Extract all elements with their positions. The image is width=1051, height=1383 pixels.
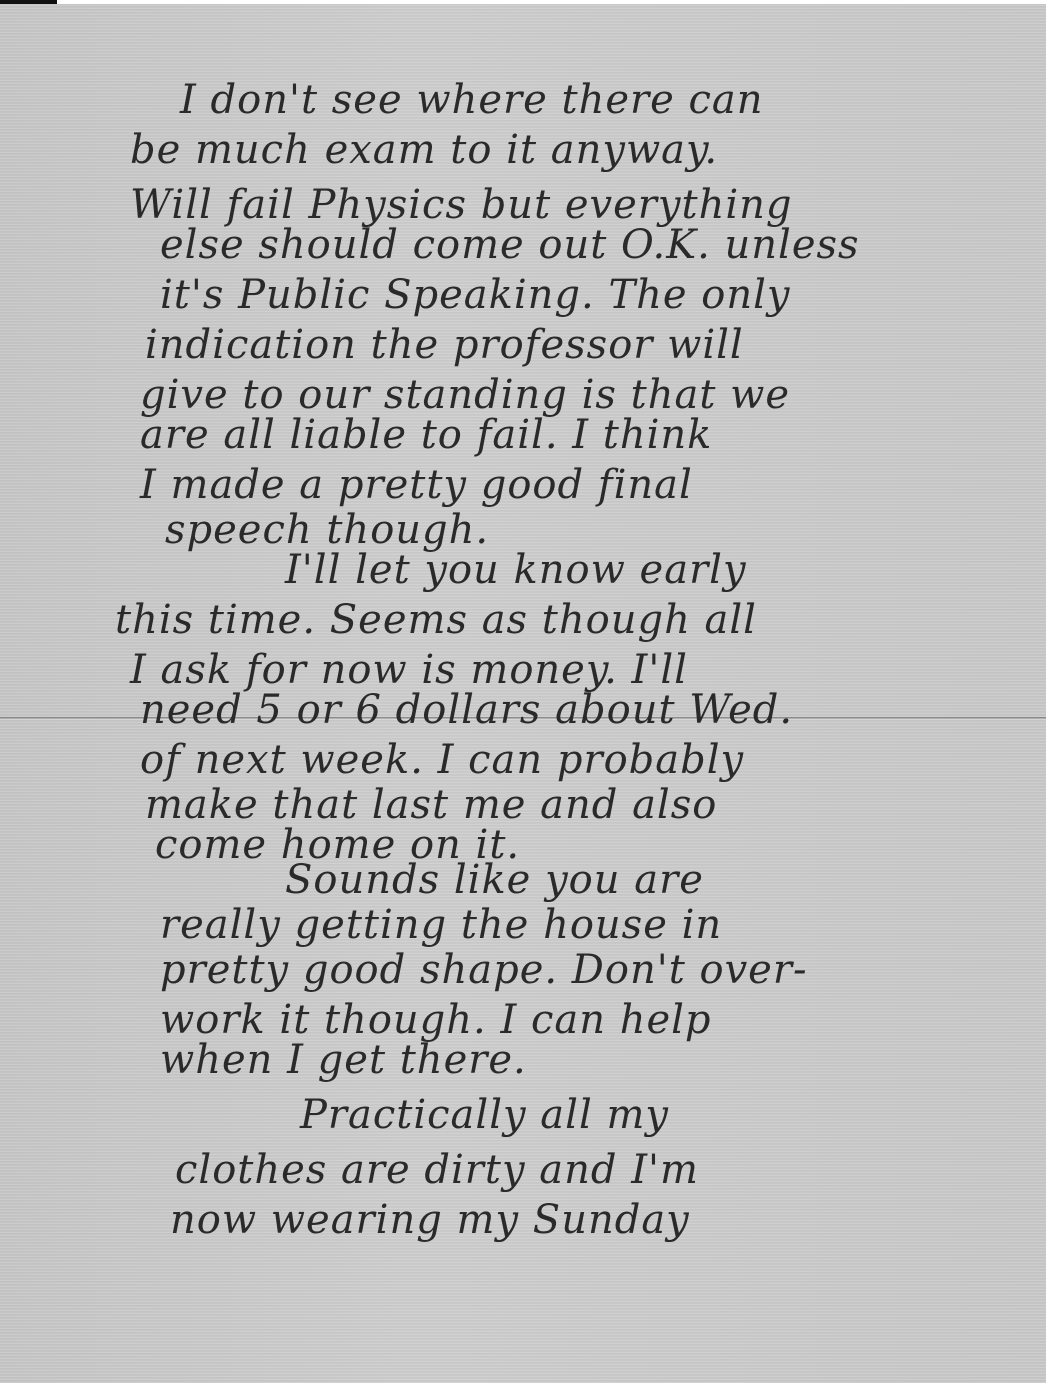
letter-line: I don't see where there can xyxy=(180,80,764,120)
letter-line: need 5 or 6 dollars about Wed. xyxy=(140,690,793,730)
letter-line: when I get there. xyxy=(160,1040,527,1080)
letter-line: Will fail Physics but everything xyxy=(130,185,793,225)
letter-line: speech though. xyxy=(165,510,489,550)
paragraph-start-line: Sounds like you are xyxy=(285,860,704,900)
letter-line: I ask for now is money. I'll xyxy=(130,650,688,690)
letter-line: give to our standing is that we xyxy=(140,375,790,415)
paragraph-start-line: Practically all my xyxy=(300,1095,669,1135)
letter-line: clothes are dirty and I'm xyxy=(175,1150,699,1190)
letter-line: I made a pretty good final xyxy=(140,465,693,505)
letter-body: I don't see where there can be much exam… xyxy=(0,4,1046,1383)
letter-line: this time. Seems as though all xyxy=(115,600,757,640)
letter-line: indication the professor will xyxy=(145,325,744,365)
letter-line: work it though. I can help xyxy=(160,1000,712,1040)
letter-line: make that last me and also xyxy=(145,785,717,825)
letter-line: be much exam to it anyway. xyxy=(130,130,718,170)
letter-line: now wearing my Sunday xyxy=(170,1200,690,1240)
letter-line: pretty good shape. Don't over- xyxy=(160,950,807,990)
letter-line: it's Public Speaking. The only xyxy=(160,275,791,315)
letter-line: are all liable to fail. I think xyxy=(140,415,712,455)
letter-page: I don't see where there can be much exam… xyxy=(0,4,1046,1383)
letter-line: of next week. I can probably xyxy=(140,740,744,780)
paragraph-start-line: I'll let you know early xyxy=(285,550,747,590)
letter-line: else should come out O.K. unless xyxy=(160,225,860,265)
letter-line: really getting the house in xyxy=(160,905,722,945)
